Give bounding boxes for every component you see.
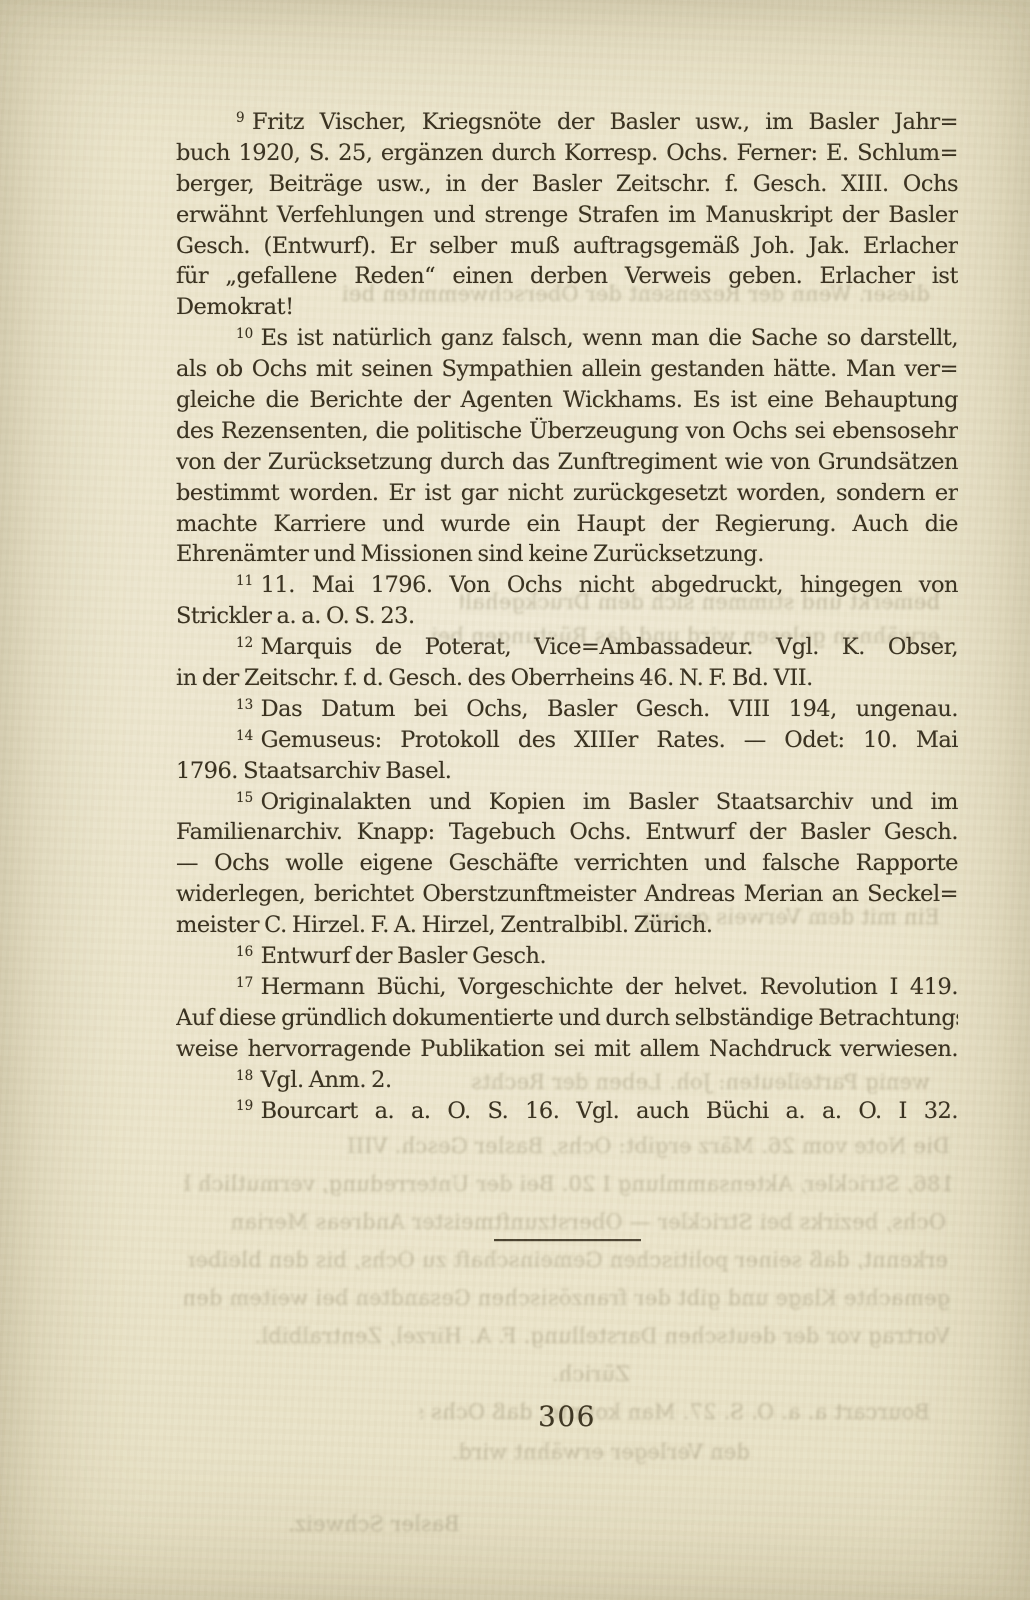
bleedthrough-line-7: 186, Strickler, Aktensammlung I 20. Bei … [184,1172,954,1196]
footnote-15: 15Originalakten und Kopien im Basler Sta… [176,787,958,941]
footnote-10-line-6: bestimmt worden. Er ist gar nicht zurück… [176,478,958,509]
footnote-15-line-2: Familienarchiv. Knapp: Tagebuch Ochs. En… [176,817,958,848]
footnote-number: 14 [236,728,253,744]
footnote-11-line-2: Strickler a. a. O. S. 23. [176,601,958,632]
footnote-13-line-1: 13Das Datum bei Ochs, Basler Gesch. VIII… [176,694,958,725]
footnote-17: 17Hermann Büchi, Vorgeschichte der helve… [176,972,958,1065]
footnote-15-line-5: meister C. Hirzel. F. A. Hirzel, Zentral… [176,910,958,941]
footnote-15-line-3: — Ochs wolle eigene Geschäfte verrichten… [176,848,958,879]
footnote-16: 16Entwurf der Basler Gesch. [176,941,958,972]
bleedthrough-line-6: Die Note vom 26. März ergibt: Ochs, Basl… [210,1134,950,1158]
footnote-17-line-2: Auf diese gründlich dokumentierte und du… [176,1003,958,1034]
footnote-15-line-1: 15Originalakten und Kopien im Basler Sta… [176,787,958,818]
footnote-13: 13Das Datum bei Ochs, Basler Gesch. VIII… [176,694,958,725]
footnote-10-line-8: Ehrenämter und Missionen sind keine Zurü… [176,539,958,570]
footnote-15-line-4: widerlegen, berichtet Oberstzunftmeister… [176,879,958,910]
footnote-number: 11 [236,573,253,589]
footnote-divider-rule [494,1239,641,1241]
footnote-9-line-2: buch 1920, S. 25, ergänzen durch Korresp… [176,138,958,169]
footnote-12: 12Marquis de Poterat, Vice=Ambassadeur. … [176,632,958,694]
footnote-17-line-3: weise hervorragende Publikation sei mit … [176,1034,958,1065]
footnote-number: 17 [236,975,253,991]
footnote-9-line-5: Gesch. (Entwurf). Er selber muß auftrags… [176,231,958,262]
scanned-book-page: dieser. Wenn der Rezensent der Oberschwe… [0,0,1030,1600]
footnote-9-line-6: für „gefallene Reden“ einen derben Verwe… [176,261,958,292]
footnote-number: 13 [236,697,253,713]
footnote-number: 10 [236,326,253,342]
bleedthrough-line-9: erkennt, daß seiner politischen Gemeinsc… [188,1248,948,1272]
footnote-19: 19Bourcart a. a. O. S. 16. Vgl. auch Büc… [176,1096,958,1127]
footnote-9-line-7: Demokrat! [176,292,958,323]
footnote-number: 12 [236,635,253,651]
footnote-10: 10Es ist natürlich ganz falsch, wenn man… [176,323,958,570]
footnote-10-line-7: machte Karriere und wurde ein Haupt der … [176,509,958,540]
footnote-number: 9 [236,110,245,126]
footnote-10-line-2: als ob Ochs mit seinen Sympathien allein… [176,354,958,385]
footnote-14-line-1: 14Gemuseus: Protokoll des XIIIer Rates. … [176,725,958,756]
footnote-10-line-4: des Rezensenten, die politische Überzeug… [176,416,958,447]
footnotes-block: 9Fritz Vischer, Kriegsnöte der Basler us… [176,107,958,1126]
footnote-18: 18Vgl. Anm. 2. [176,1065,958,1096]
footnote-12-line-2: in der Zeitschr. f. d. Gesch. des Oberrh… [176,663,958,694]
footnote-17-line-1: 17Hermann Büchi, Vorgeschichte der helve… [176,972,958,1003]
page-number: 306 [176,1400,958,1433]
bleedthrough-line-8: Ochs, bezirks bei Strickler — Oberstzunf… [194,1210,946,1234]
bleedthrough-line-11: Vortrag vor der deutschen Darstellung. F… [180,1324,950,1348]
footnote-number: 16 [236,944,253,960]
footnote-9-line-4: erwähnt Verfehlungen und strenge Strafen… [176,200,958,231]
bleedthrough-line-15: Basler Schweiz. [200,1512,460,1536]
footnote-18-line-1: 18Vgl. Anm. 2. [176,1065,958,1096]
footnote-11: 1111. Mai 1796. Von Ochs nicht abgedruck… [176,570,958,632]
footnote-10-line-1: 10Es ist natürlich ganz falsch, wenn man… [176,323,958,354]
bleedthrough-line-10: gemachte Klage und gibt der französische… [184,1286,950,1310]
footnote-number: 19 [236,1098,253,1114]
footnote-14: 14Gemuseus: Protokoll des XIIIer Rates. … [176,725,958,787]
footnote-number: 15 [236,790,253,806]
footnote-19-line-1: 19Bourcart a. a. O. S. 16. Vgl. auch Büc… [176,1096,958,1127]
footnote-number: 18 [236,1068,253,1084]
footnote-10-line-3: gleiche die Berichte der Agenten Wickham… [176,385,958,416]
footnote-16-line-1: 16Entwurf der Basler Gesch. [176,941,958,972]
footnote-14-line-2: 1796. Staatsarchiv Basel. [176,756,958,787]
bleedthrough-line-12: Zürich. [330,1362,630,1386]
footnote-10-line-5: von der Zurücksetzung durch das Zunftreg… [176,447,958,478]
footnote-9: 9Fritz Vischer, Kriegsnöte der Basler us… [176,107,958,323]
footnote-9-line-1: 9Fritz Vischer, Kriegsnöte der Basler us… [176,107,958,138]
footnote-11-line-1: 1111. Mai 1796. Von Ochs nicht abgedruck… [176,570,958,601]
bleedthrough-line-14: den Verleger erwähnt wird. [230,1440,750,1464]
footnote-12-line-1: 12Marquis de Poterat, Vice=Ambassadeur. … [176,632,958,663]
footnote-9-line-3: berger, Beiträge usw., in der Basler Zei… [176,169,958,200]
